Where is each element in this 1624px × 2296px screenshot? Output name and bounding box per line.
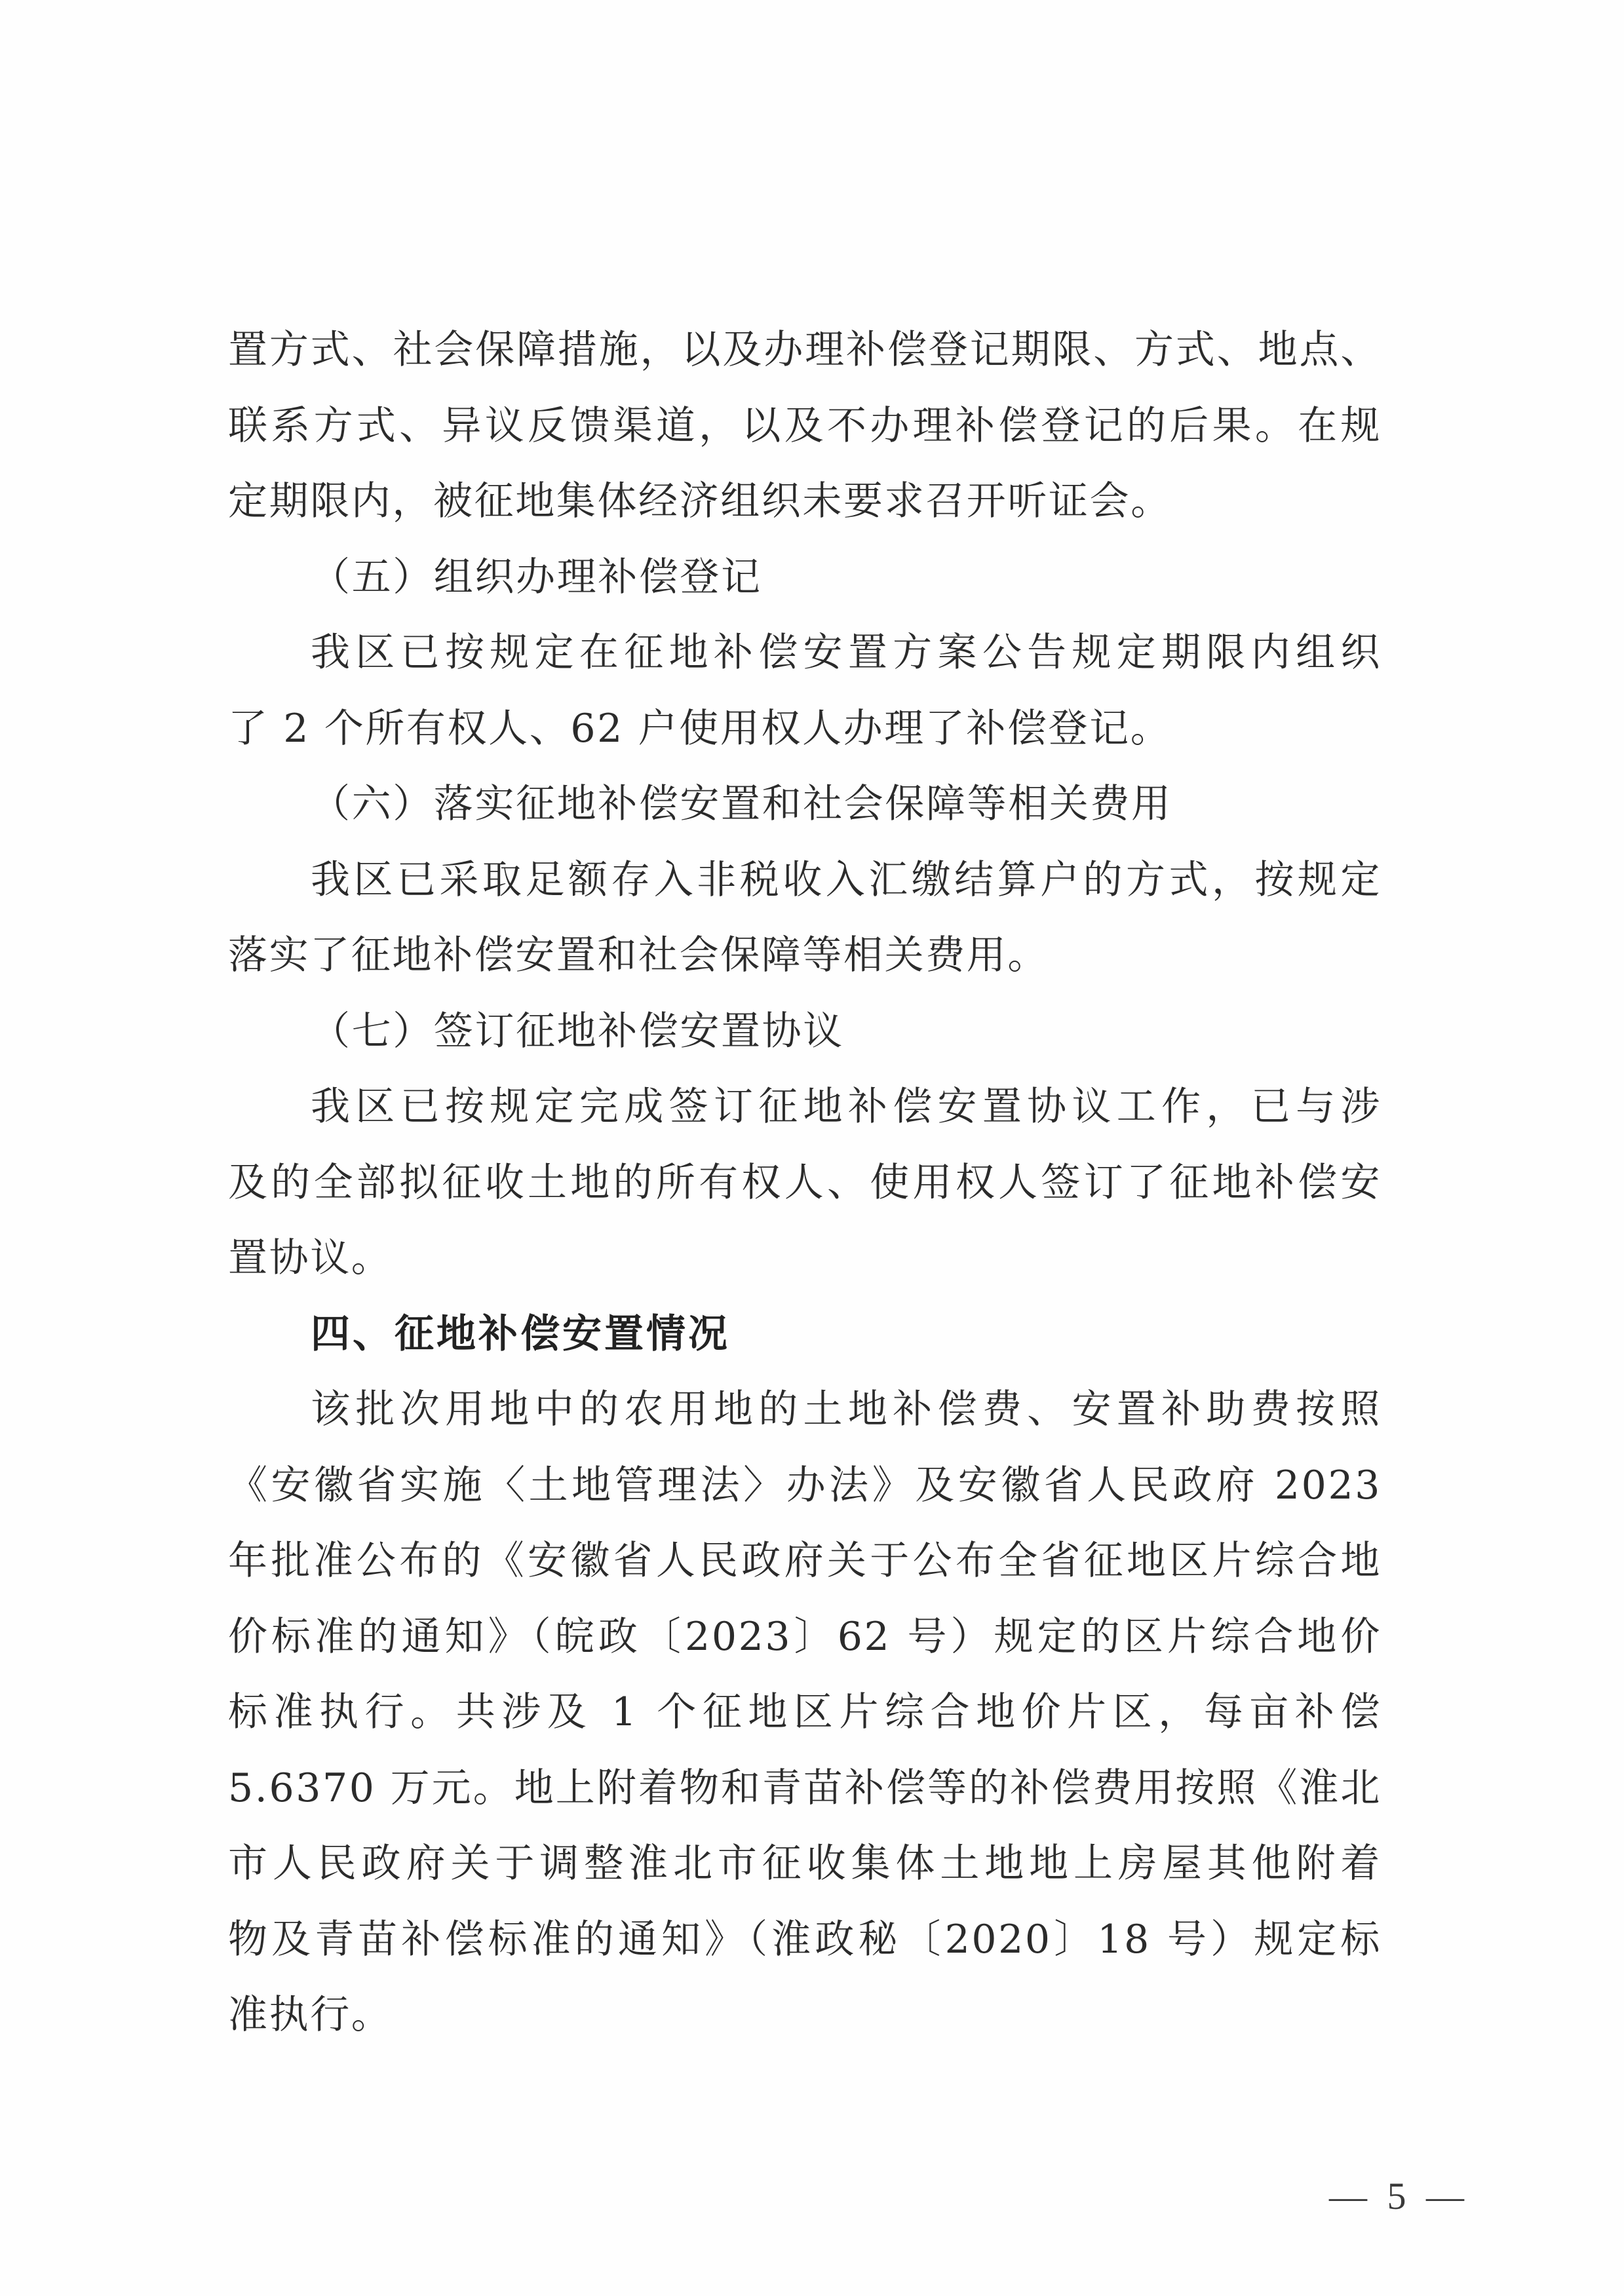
paragraph-line: 联系方式、异议反馈渠道，以及不办理补偿登记的后果。在规: [228, 389, 1382, 465]
paragraph-line: 落实了征地补偿安置和社会保障等相关费用。: [228, 918, 1382, 994]
paragraph-line: 我区已按规定在征地补偿安置方案公告规定期限内组织: [228, 615, 1382, 691]
paragraph-line: 定期限内，被征地集体经济组织未要求召开听证会。: [228, 464, 1382, 540]
paragraph-line: 物及青苗补偿标准的通知》（淮政秘〔2020〕18 号）规定标: [228, 1902, 1382, 1978]
page-number: — 5 —: [1329, 2174, 1434, 2218]
paragraph-line: 标准执行。共涉及 1 个征地区片综合地价片区，每亩补偿: [228, 1675, 1382, 1751]
paragraph-line: 市人民政府关于调整淮北市征收集体土地地上房屋其他附着: [228, 1826, 1382, 1902]
paragraph-line: 我区已采取足额存入非税收入汇缴结算户的方式，按规定: [228, 843, 1382, 919]
paragraph-line: 了 2 个所有权人、62 户使用权人办理了补偿登记。: [228, 691, 1382, 767]
paragraph-line: 该批次用地中的农用地的土地补偿费、安置补助费按照: [228, 1372, 1382, 1448]
paragraph-line: 及的全部拟征收土地的所有权人、使用权人签订了征地补偿安: [228, 1145, 1382, 1221]
paragraph-line: 准执行。: [228, 1978, 1382, 2054]
body-text-block: 置方式、社会保障措施，以及办理补偿登记期限、方式、地点、 联系方式、异议反馈渠道…: [228, 313, 1382, 2054]
paragraph-line: 《安徽省实施〈土地管理法〉办法》及安徽省人民政府 2023: [228, 1448, 1382, 1524]
section-heading-4: 四、征地补偿安置情况: [228, 1297, 1382, 1373]
paragraph-line: 我区已按规定完成签订征地补偿安置协议工作，已与涉: [228, 1069, 1382, 1145]
paragraph-line: 置方式、社会保障措施，以及办理补偿登记期限、方式、地点、: [228, 313, 1382, 389]
paragraph-line: 价标准的通知》（皖政〔2023〕62 号）规定的区片综合地价: [228, 1599, 1382, 1675]
sub-heading-7: （七）签订征地补偿安置协议: [228, 994, 1382, 1070]
paragraph-line: 年批准公布的《安徽省人民政府关于公布全省征地区片综合地: [228, 1523, 1382, 1599]
sub-heading-5: （五）组织办理补偿登记: [228, 540, 1382, 616]
sub-heading-6: （六）落实征地补偿安置和社会保障等相关费用: [228, 767, 1382, 843]
paragraph-line: 置协议。: [228, 1221, 1382, 1297]
document-page: 置方式、社会保障措施，以及办理补偿登记期限、方式、地点、 联系方式、异议反馈渠道…: [0, 0, 1624, 2296]
paragraph-line: 5.6370 万元。地上附着物和青苗补偿等的补偿费用按照《淮北: [228, 1751, 1382, 1827]
